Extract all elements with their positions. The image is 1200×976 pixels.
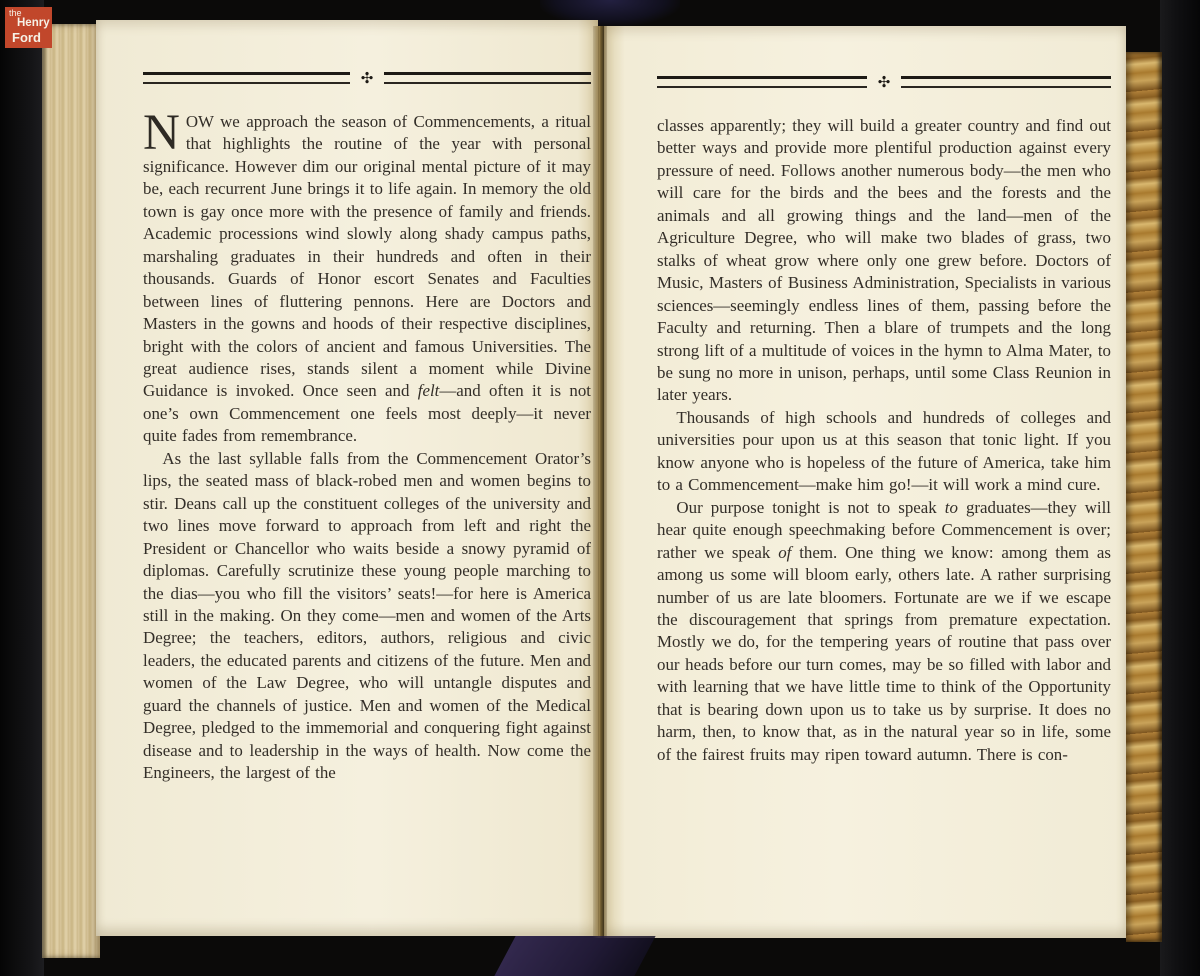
text-run: classes apparently; they will build a gr… xyxy=(657,116,1111,404)
right-page-header-rule: ✣ xyxy=(657,76,1111,88)
right-page-text-column: ✣ classes apparently; they will build a … xyxy=(657,76,1111,926)
logo-line-henry: Henry xyxy=(17,18,52,30)
text-run: Our purpose tonight is not to speak xyxy=(676,498,944,517)
gilded-fore-edge-right xyxy=(1126,52,1162,942)
left-page-header-rule: ✣ xyxy=(143,72,591,84)
logo-line-ford: Ford xyxy=(12,31,52,44)
paragraph: Thousands of high schools and hundreds o… xyxy=(657,407,1111,497)
paragraph: As the last syllable falls from the Comm… xyxy=(143,448,591,785)
text-run: them. One thing we know: among them as a… xyxy=(657,543,1111,764)
text-run: OW we approach the season of Commencemen… xyxy=(143,112,591,400)
drop-cap: N xyxy=(143,111,186,154)
book-cover-right-edge xyxy=(1160,0,1200,976)
italic-text-run: felt xyxy=(418,381,440,400)
quatrefoil-ornament-icon: ✣ xyxy=(361,73,374,83)
left-page-text-column: ✣ NOW we approach the season of Commence… xyxy=(143,72,591,918)
rule-segment xyxy=(657,76,867,88)
rule-segment xyxy=(901,76,1111,88)
italic-text-run: of xyxy=(778,543,791,562)
paragraph: Our purpose tonight is not to speak to g… xyxy=(657,497,1111,766)
page-edge-stack-left xyxy=(42,24,100,958)
rule-segment xyxy=(143,72,350,84)
text-run: Thousands of high schools and hundreds o… xyxy=(657,408,1111,494)
paragraph: classes apparently; they will build a gr… xyxy=(657,115,1111,407)
rule-segment xyxy=(384,72,591,84)
paragraph: NOW we approach the season of Commenceme… xyxy=(143,111,591,448)
book-cover-left-edge xyxy=(0,0,44,976)
right-page-body-text: classes apparently; they will build a gr… xyxy=(657,115,1111,915)
book-gutter xyxy=(593,26,607,938)
left-page-body-text: NOW we approach the season of Commenceme… xyxy=(143,111,591,901)
italic-text-run: to xyxy=(945,498,958,517)
quatrefoil-ornament-icon: ✣ xyxy=(878,77,891,87)
henry-ford-logo: the Henry Ford xyxy=(5,7,52,48)
text-run: As the last syllable falls from the Comm… xyxy=(143,449,591,782)
ribbon-bookmark xyxy=(494,936,655,976)
